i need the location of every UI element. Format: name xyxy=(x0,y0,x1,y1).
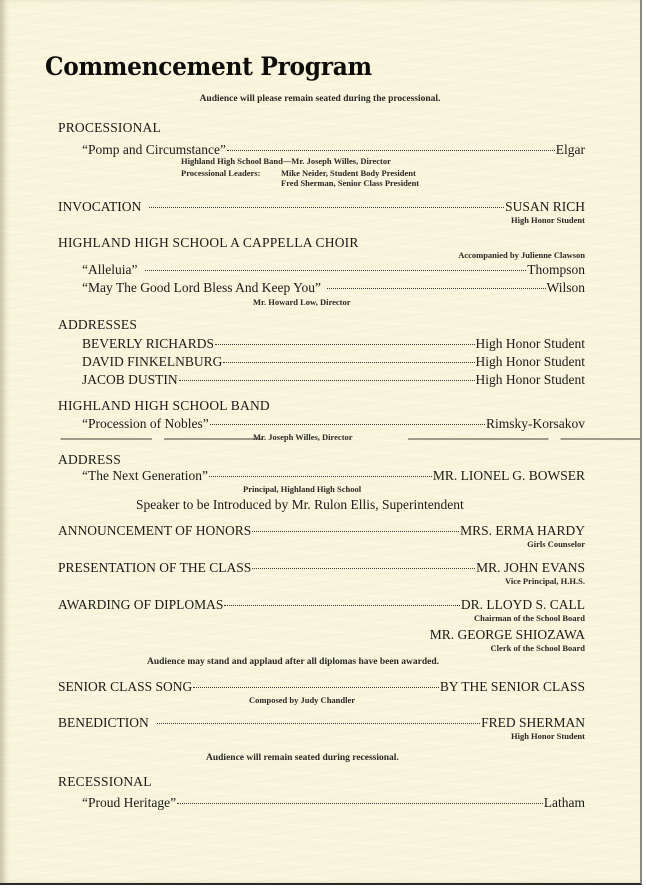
invocation-heading: INVOCATION xyxy=(58,199,141,215)
leader-dots xyxy=(327,288,546,289)
choir-piece-row: “May The Good Lord Bless And Keep You” W… xyxy=(82,280,585,296)
address-speaker: MR. LIONEL G. BOWSER xyxy=(433,468,585,484)
benediction-role: High Honor Student xyxy=(511,731,585,741)
diplomas-role-2: Clerk of the School Board xyxy=(491,643,585,653)
address-speaker-row: BEVERLY RICHARDS High Honor Student xyxy=(82,336,585,352)
speaker-name: DAVID FINKELNBURG xyxy=(82,354,222,370)
honors-heading: ANNOUNCEMENT OF HONORS xyxy=(58,523,251,539)
choir-piece-row: “Alleluia” Thompson xyxy=(82,262,585,278)
choir-heading: HIGHLAND HIGH SCHOOL A CAPPELLA CHOIR xyxy=(58,235,359,251)
leader-dots xyxy=(209,476,432,477)
benediction-name: FRED SHERMAN xyxy=(481,715,585,731)
recessional-composer: Latham xyxy=(544,795,585,811)
choir-accompanist: Accompanied by Julienne Clawson xyxy=(458,250,585,260)
band-piece-row: “Procession of Nobles” Rimsky-Korsakov xyxy=(82,416,585,432)
honors-row: ANNOUNCEMENT OF HONORS MRS. ERMA HARDY xyxy=(58,523,585,539)
speaker-introduction: Speaker to be Introduced by Mr. Rulon El… xyxy=(136,497,464,513)
song-heading: SENIOR CLASS SONG xyxy=(58,679,192,695)
choir-piece-composer: Wilson xyxy=(547,280,585,296)
address-speaker-role: Principal, Highland High School xyxy=(243,484,361,494)
choir-director: Mr. Howard Low, Director xyxy=(253,297,351,307)
speaker-role: High Honor Student xyxy=(476,354,586,370)
diplomas-heading: AWARDING OF DIPLOMAS xyxy=(58,597,223,613)
speaker-name: BEVERLY RICHARDS xyxy=(82,336,214,352)
invocation-row: INVOCATION SUSAN RICH xyxy=(58,199,585,215)
song-performer: BY THE SENIOR CLASS xyxy=(440,679,585,695)
presentation-row: PRESENTATION OF THE CLASS MR. JOHN EVANS xyxy=(58,560,585,576)
presentation-role: Vice Principal, H.H.S. xyxy=(505,576,585,586)
speaker-role: High Honor Student xyxy=(476,372,586,388)
choir-piece-title: “Alleluia” xyxy=(82,262,137,278)
processional-composer: Elgar xyxy=(556,142,585,158)
leader-dots xyxy=(224,605,459,606)
leader-dots xyxy=(193,687,439,688)
speaker-name: JACOB DUSTIN xyxy=(82,372,178,388)
address-heading: ADDRESS xyxy=(58,452,121,468)
leader-dots xyxy=(252,568,475,569)
benediction-row: BENEDICTION FRED SHERMAN xyxy=(58,715,585,731)
leader-dots xyxy=(215,344,474,345)
band-heading: HIGHLAND HIGH SCHOOL BAND xyxy=(58,398,270,414)
choir-piece-composer: Thompson xyxy=(527,262,585,278)
invocation-role: High Honor Student xyxy=(511,215,585,225)
recessional-row: “Proud Heritage” Latham xyxy=(82,795,585,811)
page-title: Commencement Program xyxy=(45,52,372,81)
recessional-heading: RECESSIONAL xyxy=(58,774,152,790)
address-speaker-row: DAVID FINKELNBURG High Honor Student xyxy=(82,354,585,370)
program-page: Commencement Program Audience will pleas… xyxy=(0,0,642,885)
band-composer: Rimsky-Korsakov xyxy=(486,416,585,432)
diplomas-row: AWARDING OF DIPLOMAS DR. LLOYD S. CALL xyxy=(58,597,585,613)
opening-note: Audience will please remain seated durin… xyxy=(0,94,640,104)
leader-dots xyxy=(145,270,526,271)
band-piece: “Procession of Nobles” xyxy=(82,416,209,432)
processional-heading: PROCESSIONAL xyxy=(58,120,161,136)
benediction-heading: BENEDICTION xyxy=(58,715,149,731)
choir-piece-title: “May The Good Lord Bless And Keep You” xyxy=(82,280,321,296)
leader-dots xyxy=(177,803,543,804)
address-row: “The Next Generation” MR. LIONEL G. BOWS… xyxy=(82,468,585,484)
addresses-heading: ADDRESSES xyxy=(58,317,137,333)
leader-dots xyxy=(227,150,555,151)
honors-role: Girls Counselor xyxy=(527,539,585,549)
leader-dots xyxy=(149,207,504,208)
leader-dots xyxy=(252,531,459,532)
presentation-name: MR. JOHN EVANS xyxy=(476,560,585,576)
address-title: “The Next Generation” xyxy=(82,468,208,484)
leader-2: Fred Sherman, Senior Class President xyxy=(281,178,419,188)
band-note: Highland High School Band—Mr. Joseph Wil… xyxy=(181,156,391,166)
leader-dots xyxy=(223,362,474,363)
leader-dots xyxy=(179,380,475,381)
presentation-heading: PRESENTATION OF THE CLASS xyxy=(58,560,251,576)
leader-dots xyxy=(157,723,480,724)
band-director: Mr. Joseph Willes, Director xyxy=(253,432,353,442)
recessional-piece: “Proud Heritage” xyxy=(82,795,176,811)
leader-dots xyxy=(210,424,485,425)
leader-1: Mike Neider, Student Body President xyxy=(281,168,416,178)
song-composer-note: Composed by Judy Chandler xyxy=(249,695,355,705)
diplomas-name: DR. LLOYD S. CALL xyxy=(461,597,585,613)
invocation-name: SUSAN RICH xyxy=(505,199,585,215)
diplomas-role: Chairman of the School Board xyxy=(474,613,585,623)
diplomas-note: Audience may stand and applaud after all… xyxy=(147,657,439,667)
address-speaker-row: JACOB DUSTIN High Honor Student xyxy=(82,372,585,388)
honors-name: MRS. ERMA HARDY xyxy=(460,523,585,539)
speaker-role: High Honor Student xyxy=(476,336,586,352)
recessional-note: Audience will remain seated during reces… xyxy=(206,753,399,763)
leaders-label: Processional Leaders: xyxy=(181,168,260,178)
diplomas-name-2: MR. GEORGE SHIOZAWA xyxy=(430,627,585,643)
song-row: SENIOR CLASS SONG BY THE SENIOR CLASS xyxy=(58,679,585,695)
